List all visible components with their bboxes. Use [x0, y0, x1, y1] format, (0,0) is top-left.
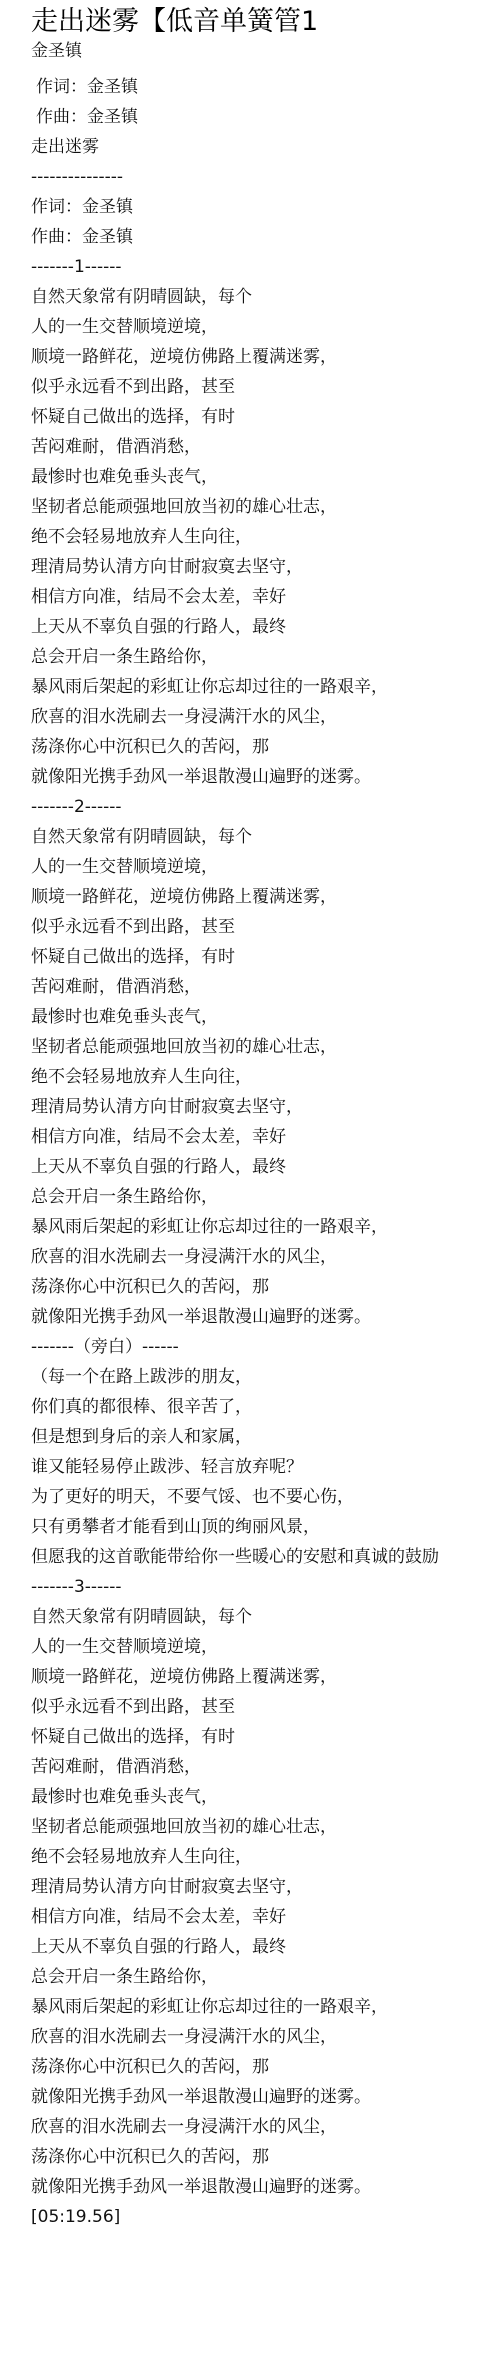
lyric-line: 绝不会轻易地放弃人生向往， [31, 1842, 500, 1872]
lyric-line: -------3------ [31, 1572, 500, 1602]
lyric-line: 走出迷雾 [31, 132, 500, 162]
lyric-line: 人的一生交替顺境逆境， [31, 312, 500, 342]
lyric-line: 相信方向准，结局不会太差，幸好 [31, 1122, 500, 1152]
song-title: 走出迷雾【低音单簧管1 [31, 4, 500, 40]
lyric-line: 坚韧者总能顽强地回放当初的雄心壮志， [31, 492, 500, 522]
lyric-line: 怀疑自己做出的选择，有时 [31, 402, 500, 432]
lyrics-page: 走出迷雾【低音单簧管1 金圣镇 作词：金圣镇 作曲：金圣镇 走出迷雾------… [0, 0, 500, 2232]
lyric-line: 暴风雨后架起的彩虹让你忘却过往的一路艰辛， [31, 1992, 500, 2022]
lyric-line: （每一个在路上跋涉的朋友， [31, 1362, 500, 1392]
lyric-line: 理清局势认清方向甘耐寂寞去坚守， [31, 552, 500, 582]
lyric-line: 欣喜的泪水洗刷去一身浸满汗水的风尘， [31, 702, 500, 732]
lyric-line: 你们真的都很棒、很辛苦了， [31, 1392, 500, 1422]
lyric-line: 就像阳光携手劲风一举退散漫山遍野的迷雾。 [31, 2082, 500, 2112]
lyric-line: 欣喜的泪水洗刷去一身浸满汗水的风尘， [31, 2112, 500, 2142]
lyric-line: 谁又能轻易停止跋涉、轻言放弃呢？ [31, 1452, 500, 1482]
lyric-line: 自然天象常有阴晴圆缺，每个 [31, 282, 500, 312]
lyric-line: 自然天象常有阴晴圆缺，每个 [31, 822, 500, 852]
lyric-line: 自然天象常有阴晴圆缺，每个 [31, 1602, 500, 1632]
lyric-line: 顺境一路鲜花，逆境仿佛路上覆满迷雾， [31, 342, 500, 372]
lyric-line: 似乎永远看不到出路，甚至 [31, 912, 500, 942]
lyric-line: 上天从不辜负自强的行路人，最终 [31, 1152, 500, 1182]
lyric-line: 荡涤你心中沉积已久的苦闷，那 [31, 2142, 500, 2172]
lyric-line: 坚韧者总能顽强地回放当初的雄心壮志， [31, 1032, 500, 1062]
lyric-line: 相信方向准，结局不会太差，幸好 [31, 582, 500, 612]
lyric-line: 怀疑自己做出的选择，有时 [31, 1722, 500, 1752]
composer-credit: 作曲：金圣镇 [31, 102, 500, 132]
lyric-line: 荡涤你心中沉积已久的苦闷，那 [31, 732, 500, 762]
lyricist-credit: 作词：金圣镇 [31, 72, 500, 102]
lyric-line: 理清局势认清方向甘耐寂寞去坚守， [31, 1092, 500, 1122]
lyric-line: 最惨时也难免垂头丧气， [31, 1002, 500, 1032]
artist-name: 金圣镇 [31, 40, 500, 62]
lyric-line: 暴风雨后架起的彩虹让你忘却过往的一路艰辛， [31, 1212, 500, 1242]
lyric-line: 但愿我的这首歌能带给你一些暖心的安慰和真诚的鼓励 [31, 1542, 500, 1572]
lyric-line: 荡涤你心中沉积已久的苦闷，那 [31, 1272, 500, 1302]
lyric-line: 只有勇攀者才能看到山顶的绚丽风景， [31, 1512, 500, 1542]
lyric-line: 但是想到身后的亲人和家属， [31, 1422, 500, 1452]
lyric-line: 苦闷难耐，借酒消愁， [31, 1752, 500, 1782]
lyric-line: 顺境一路鲜花，逆境仿佛路上覆满迷雾， [31, 882, 500, 912]
lyric-line: 人的一生交替顺境逆境， [31, 852, 500, 882]
lyric-line: 总会开启一条生路给你， [31, 1182, 500, 1212]
lyric-line: 最惨时也难免垂头丧气， [31, 1782, 500, 1812]
lyric-line: 荡涤你心中沉积已久的苦闷，那 [31, 2052, 500, 2082]
lyric-line: 苦闷难耐，借酒消愁， [31, 432, 500, 462]
lyric-line: 似乎永远看不到出路，甚至 [31, 1692, 500, 1722]
lyric-line: 上天从不辜负自强的行路人，最终 [31, 1932, 500, 1962]
lyric-line: 欣喜的泪水洗刷去一身浸满汗水的风尘， [31, 2022, 500, 2052]
lyric-line: 就像阳光携手劲风一举退散漫山遍野的迷雾。 [31, 2172, 500, 2202]
lyric-line: 理清局势认清方向甘耐寂寞去坚守， [31, 1872, 500, 1902]
lyric-line: -------2------ [31, 792, 500, 822]
lyric-line: 总会开启一条生路给你， [31, 1962, 500, 1992]
lyric-line: 就像阳光携手劲风一举退散漫山遍野的迷雾。 [31, 762, 500, 792]
lyric-line: 就像阳光携手劲风一举退散漫山遍野的迷雾。 [31, 1302, 500, 1332]
lyric-line: 总会开启一条生路给你， [31, 642, 500, 672]
lyric-line: 似乎永远看不到出路，甚至 [31, 372, 500, 402]
lyric-line: -------（旁白）------ [31, 1332, 500, 1362]
lyric-line: 最惨时也难免垂头丧气， [31, 462, 500, 492]
lyric-line: 上天从不辜负自强的行路人，最终 [31, 612, 500, 642]
lyric-line: 怀疑自己做出的选择，有时 [31, 942, 500, 972]
lyric-line: 苦闷难耐，借酒消愁， [31, 972, 500, 1002]
lyric-line: 作词：金圣镇 [31, 192, 500, 222]
lyric-line: --------------- [31, 162, 500, 192]
lyric-line: [05:19.56] [31, 2202, 500, 2232]
lyric-line: 为了更好的明天，不要气馁、也不要心伤， [31, 1482, 500, 1512]
lyric-line: 暴风雨后架起的彩虹让你忘却过往的一路艰辛， [31, 672, 500, 702]
lyric-line: -------1------ [31, 252, 500, 282]
lyric-line: 绝不会轻易地放弃人生向往， [31, 522, 500, 552]
lyric-line: 相信方向准，结局不会太差，幸好 [31, 1902, 500, 1932]
lyrics-body: 走出迷雾---------------作词：金圣镇作曲：金圣镇-------1-… [31, 132, 500, 2232]
lyric-line: 欣喜的泪水洗刷去一身浸满汗水的风尘， [31, 1242, 500, 1272]
lyric-line: 坚韧者总能顽强地回放当初的雄心壮志， [31, 1812, 500, 1842]
credits-block: 作词：金圣镇 作曲：金圣镇 [31, 72, 500, 132]
lyric-line: 作曲：金圣镇 [31, 222, 500, 252]
lyric-line: 顺境一路鲜花，逆境仿佛路上覆满迷雾， [31, 1662, 500, 1692]
lyric-line: 绝不会轻易地放弃人生向往， [31, 1062, 500, 1092]
lyric-line: 人的一生交替顺境逆境， [31, 1632, 500, 1662]
